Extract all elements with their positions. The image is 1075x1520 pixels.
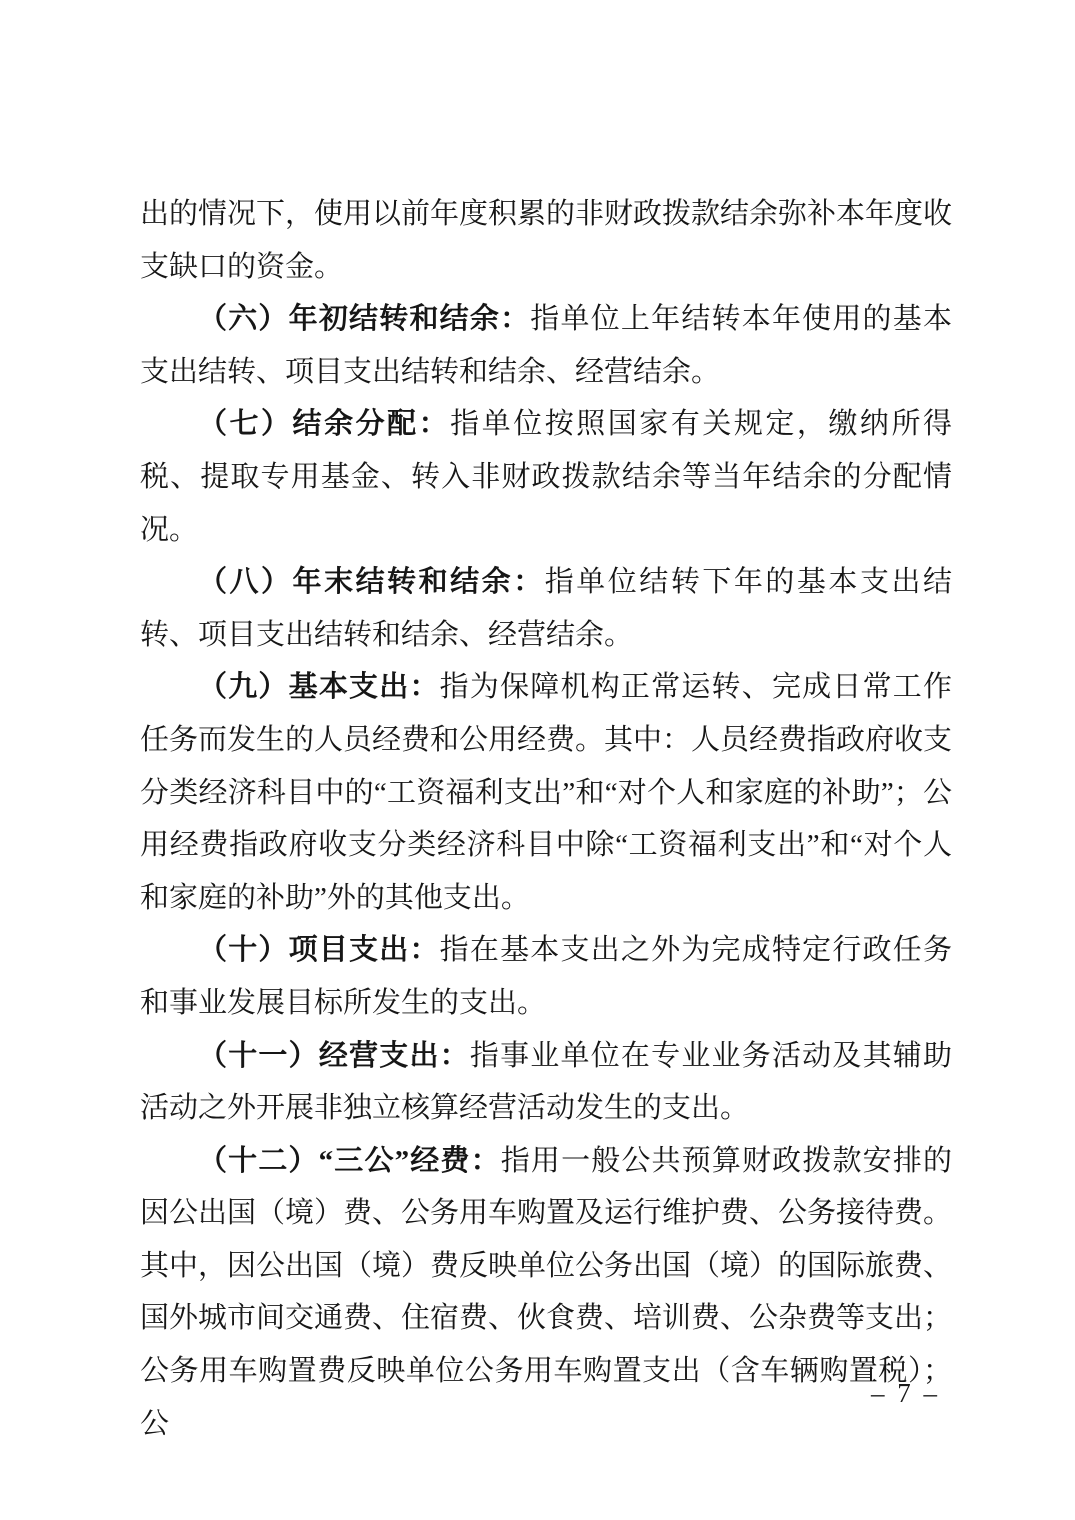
paragraph: （十）项目支出：指在基本支出之外为完成特定行政任务和事业发展目标所发生的支出。 bbox=[140, 924, 952, 1029]
page-number: – 7 – bbox=[871, 1378, 940, 1409]
paragraph-head: （六）年初结转和结余： bbox=[198, 303, 530, 335]
paragraph: 出的情况下，使用以前年度积累的非财政拨款结余弥补本年度收支缺口的资金。 bbox=[140, 188, 952, 293]
paragraph: （十一）经营支出：指事业单位在专业业务活动及其辅助活动之外开展非独立核算经营活动… bbox=[140, 1030, 952, 1135]
paragraph: （十二）“三公”经费：指用一般公共预算财政拨款安排的因公出国（境）费、公务用车购… bbox=[140, 1135, 952, 1451]
paragraph-head: （八）年末结转和结余： bbox=[198, 566, 545, 598]
paragraph: （七）结余分配：指单位按照国家有关规定，缴纳所得税、提取专用基金、转入非财政拨款… bbox=[140, 398, 952, 556]
paragraph: （九）基本支出：指为保障机构正常运转、完成日常工作任务而发生的人员经费和公用经费… bbox=[140, 661, 952, 924]
paragraph-head: （十二）“三公”经费： bbox=[198, 1145, 501, 1177]
paragraph-body: 指为保障机构正常运转、完成日常工作任务而发生的人员经费和公用经费。其中：人员经费… bbox=[140, 671, 952, 913]
document-page: 出的情况下，使用以前年度积累的非财政拨款结余弥补本年度收支缺口的资金。 （六）年… bbox=[0, 0, 1075, 1520]
paragraph-body: 出的情况下，使用以前年度积累的非财政拨款结余弥补本年度收支缺口的资金。 bbox=[140, 198, 952, 283]
paragraph: （八）年末结转和结余：指单位结转下年的基本支出结转、项目支出结转和结余、经营结余… bbox=[140, 556, 952, 661]
paragraph-body: 指用一般公共预算财政拨款安排的因公出国（境）费、公务用车购置及运行维护费、公务接… bbox=[140, 1145, 952, 1440]
paragraph-head: （十一）经营支出： bbox=[198, 1040, 470, 1072]
paragraph-head: （十）项目支出： bbox=[198, 934, 440, 966]
paragraph: （六）年初结转和结余：指单位上年结转本年使用的基本支出结转、项目支出结转和结余、… bbox=[140, 293, 952, 398]
paragraph-head: （七）结余分配： bbox=[198, 408, 450, 440]
paragraph-head: （九）基本支出： bbox=[198, 671, 440, 703]
document-body: 出的情况下，使用以前年度积累的非财政拨款结余弥补本年度收支缺口的资金。 （六）年… bbox=[140, 188, 952, 1450]
